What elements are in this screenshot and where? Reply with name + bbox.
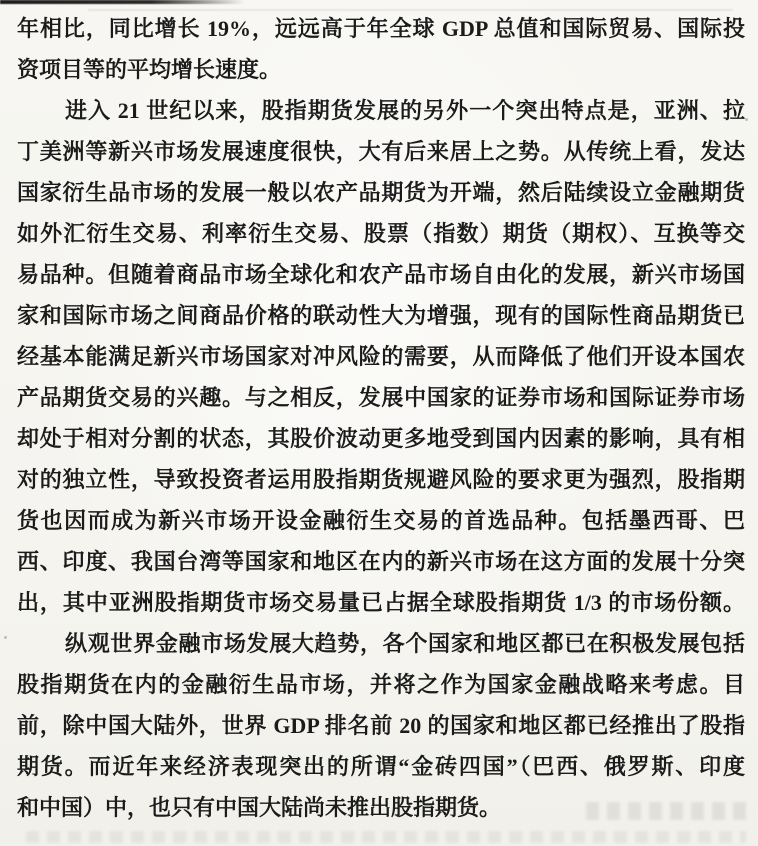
scan-artifact-speck [745,118,748,121]
text-line: 家和国际市场之间商品价格的联动性大为增强，现有的国际性商品期货已 [17,295,745,336]
text-column: 年相比，同比增长 19%，远远高于年全球 GDP 总值和国际贸易、国际投 资项目… [17,8,745,828]
text-line: 资项目等的平均增长速度。 [17,49,745,90]
scan-artifact-speck [4,636,7,639]
text-line: 如外汇衍生交易、利率衍生交易、股票（指数）期货（期权）、互换等交 [17,213,745,254]
text-line: 经基本能满足新兴市场国家对冲风险的需要，从而降低了他们开设本国农 [17,336,745,377]
text-line: 进入 21 世纪以来，股指期货发展的另外一个突出特点是，亚洲、拉 [17,90,745,131]
text-line: 股指期货在内的金融衍生品市场，并将之作为国家金融战略来考虑。目 [17,664,745,705]
scan-artifact-bleedthrough-bottom [26,831,746,843]
text-line: 对的独立性，导致投资者运用股指期货规避风险的要求更为强烈，股指期 [17,459,745,500]
text-line: 产品期货交易的兴趣。与之相反，发展中国家的证券市场和国际证券市场 [17,377,745,418]
text-line: 国家衍生品市场的发展一般以农产品期货为开端，然后陆续设立金融期货 [17,172,745,213]
scanned-document-page: 年相比，同比增长 19%，远远高于年全球 GDP 总值和国际贸易、国际投 资项目… [0,0,758,846]
text-line: 出，其中亚洲股指期货市场交易量已占据全球股指期货 1/3 的市场份额。 [17,582,745,623]
text-line: 货也因而成为新兴市场开设金融衍生交易的首选品种。包括墨西哥、巴 [17,500,745,541]
text-line: 却处于相对分割的状态，其股价波动更多地受到国内因素的影响，具有相 [17,418,745,459]
text-line: 期货。而近年来经济表现突出的所谓“金砖四国”（巴西、俄罗斯、印度 [17,746,745,787]
text-line: 年相比，同比增长 19%，远远高于年全球 GDP 总值和国际贸易、国际投 [17,8,745,49]
scan-artifact-top-smudge [0,0,245,4]
text-line: 西、印度、我国台湾等国家和地区在内的新兴市场在这方面的发展十分突 [17,541,745,582]
scan-artifact-bleedthrough-right [586,802,748,820]
text-line: 丁美洲等新兴市场发展速度很快，大有后来居上之势。从传统上看，发达 [17,131,745,172]
text-line: 易品种。但随着商品市场全球化和农产品市场自由化的发展，新兴市场国 [17,254,745,295]
text-line: 前，除中国大陆外，世界 GDP 排名前 20 的国家和地区都已经推出了股指 [17,705,745,746]
text-line: 纵观世界金融市场发展大趋势，各个国家和地区都已在积极发展包括 [17,623,745,664]
